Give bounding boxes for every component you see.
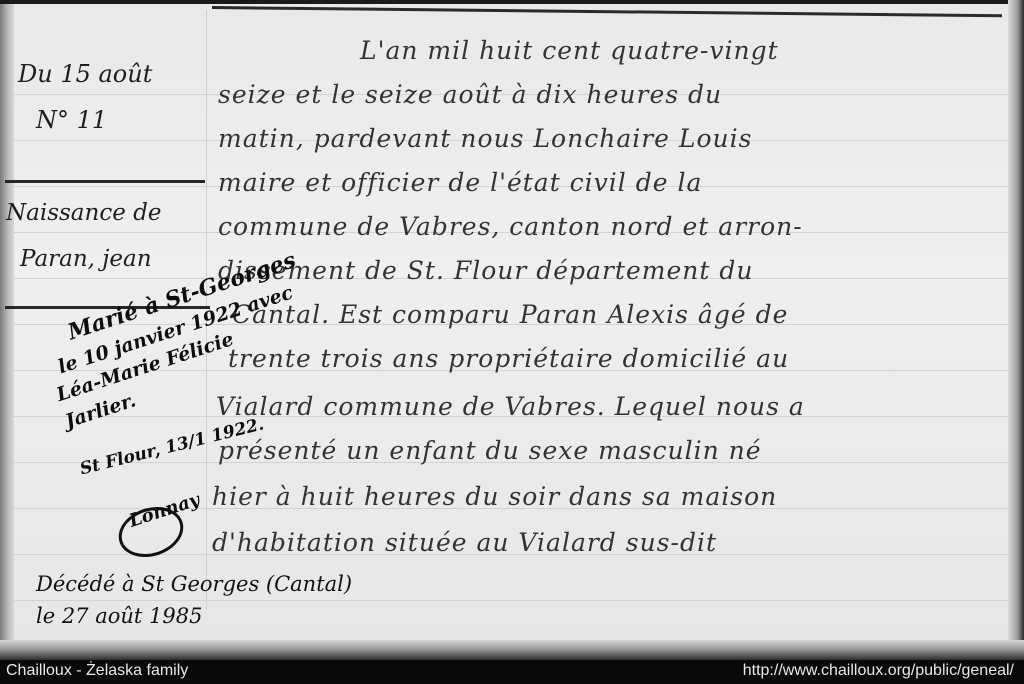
footer-family-name: Chailloux - Żelaska family xyxy=(6,660,188,684)
body-line: Cantal. Est comparu Paran Alexis âgé de xyxy=(232,300,788,329)
margin-number: N° 11 xyxy=(36,106,107,134)
body-line: Vialard commune de Vabres. Lequel nous a xyxy=(216,392,805,421)
body-line: seize et le seize août à dix heures du xyxy=(218,80,722,109)
margin-title-1: Naissance de xyxy=(6,200,161,226)
death-line-1: Décédé à St Georges (Cantal) xyxy=(36,572,352,596)
body-line: matin, pardevant nous Lonchaire Louis xyxy=(218,124,753,153)
death-line-2: le 27 août 1985 xyxy=(36,604,202,628)
body-line: trente trois ans propriétaire domicilié … xyxy=(228,344,789,373)
page-right-edge xyxy=(1008,0,1024,660)
page-bottom-edge xyxy=(0,640,1024,660)
page-top-edge xyxy=(0,0,1024,4)
ruled-line xyxy=(14,600,1008,601)
book-binding xyxy=(0,0,14,660)
body-line: L'an mil huit cent quatre-vingt xyxy=(360,36,779,65)
margin-divider xyxy=(5,180,205,183)
header-rule xyxy=(212,6,1002,17)
footer-url[interactable]: http://www.chailloux.org/public/geneal/ xyxy=(743,660,1014,684)
margin-title-2: Paran, jean xyxy=(20,246,152,272)
body-line: présenté un enfant du sexe masculin né xyxy=(218,436,762,465)
register-page: Du 15 août N° 11 Naissance de Paran, jea… xyxy=(0,0,1024,660)
margin-date: Du 15 août xyxy=(18,60,152,88)
body-line: d'habitation située au Vialard sus-dit xyxy=(212,528,717,557)
body-line: hier à huit heures du soir dans sa maiso… xyxy=(212,482,777,511)
body-line: commune de Vabres, canton nord et arron- xyxy=(218,212,803,241)
body-line: maire et officier de l'état civil de la xyxy=(218,168,702,197)
